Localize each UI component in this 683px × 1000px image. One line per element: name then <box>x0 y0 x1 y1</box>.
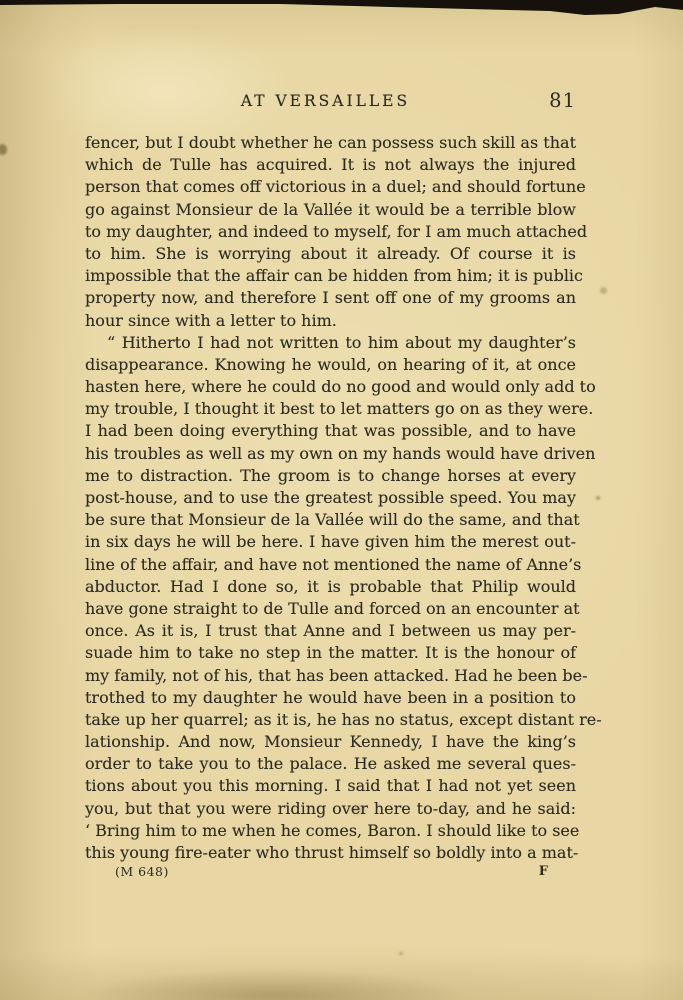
text-line: abductor. Had I done so, it is probable … <box>85 576 576 598</box>
text-line: lationship. And now, Monsieur Kennedy, I… <box>85 731 576 753</box>
paragraph: fencer, but I doubt whether he can posse… <box>85 132 576 332</box>
text-line: hour since with a letter to him. <box>85 310 576 332</box>
text-line: line of the affair, and have not mention… <box>85 554 576 576</box>
text-line: which de Tulle has acquired. It is not a… <box>85 154 576 176</box>
text-line: property now, and therefore I sent off o… <box>85 287 576 309</box>
scanned-book-page: AT VERSAILLES 81 fencer, but I doubt whe… <box>0 0 683 1000</box>
text-line: person that comes off victorious in a du… <box>85 176 576 198</box>
text-line: in six days he will be here. I have give… <box>85 531 576 553</box>
text-line: me to distraction. The groom is to chang… <box>85 465 576 487</box>
text-line: I had been doing everything that was pos… <box>85 420 576 442</box>
paper-blemish <box>399 952 403 955</box>
text-line: suade him to take no step in the matter.… <box>85 642 576 664</box>
signature-mark: F <box>539 864 548 879</box>
page-text-column: AT VERSAILLES 81 fencer, but I doubt whe… <box>85 92 576 879</box>
text-line: my trouble, I thought it best to let mat… <box>85 398 576 420</box>
paper-blemish <box>596 496 600 500</box>
text-line: trothed to my daughter he would have bee… <box>85 687 576 709</box>
scan-edge-top <box>0 0 683 20</box>
text-line: go against Monsieur de la Vallée it woul… <box>85 199 576 221</box>
text-line: to my daughter, and indeed to myself, fo… <box>85 221 576 243</box>
paper-blemish <box>600 287 607 294</box>
paragraph: “ Hitherto I had not written to him abou… <box>85 332 576 865</box>
text-line: to him. She is worrying about it already… <box>85 243 576 265</box>
text-line: order to take you to the palace. He aske… <box>85 753 576 775</box>
text-line: “ Hitherto I had not written to him abou… <box>85 332 576 354</box>
running-title: AT VERSAILLES <box>85 92 576 110</box>
text-line: hasten here, where he could do no good a… <box>85 376 576 398</box>
text-line: once. As it is, I trust that Anne and I … <box>85 620 576 642</box>
text-line: my family, not of his, that has been att… <box>85 665 576 687</box>
text-line: take up her quarrel; as it is, he has no… <box>85 709 576 731</box>
text-line: impossible that the affair can be hidden… <box>85 265 576 287</box>
text-line: his troubles as well as my own on my han… <box>85 443 576 465</box>
text-line: you, but that you were riding over here … <box>85 798 576 820</box>
text-line: post-house, and to use the greatest poss… <box>85 487 576 509</box>
paper-blemish <box>0 144 7 155</box>
page-number: 81 <box>549 89 576 112</box>
text-line: tions about you this morning. I said tha… <box>85 775 576 797</box>
text-line: be sure that Monsieur de la Vallée will … <box>85 509 576 531</box>
text-line: disappearance. Knowing he would, on hear… <box>85 354 576 376</box>
text-line: have gone straight to de Tulle and force… <box>85 598 576 620</box>
text-line: ‘ Bring him to me when he comes, Baron. … <box>85 820 576 842</box>
text-line: fencer, but I doubt whether he can posse… <box>85 132 576 154</box>
page-header: AT VERSAILLES 81 <box>85 92 576 115</box>
printers-mark: (M 648) <box>115 864 169 879</box>
body-text: fencer, but I doubt whether he can posse… <box>85 132 576 864</box>
page-footer: (M 648) F <box>85 864 576 879</box>
text-line: this young fire-eater who thrust himself… <box>85 842 576 864</box>
